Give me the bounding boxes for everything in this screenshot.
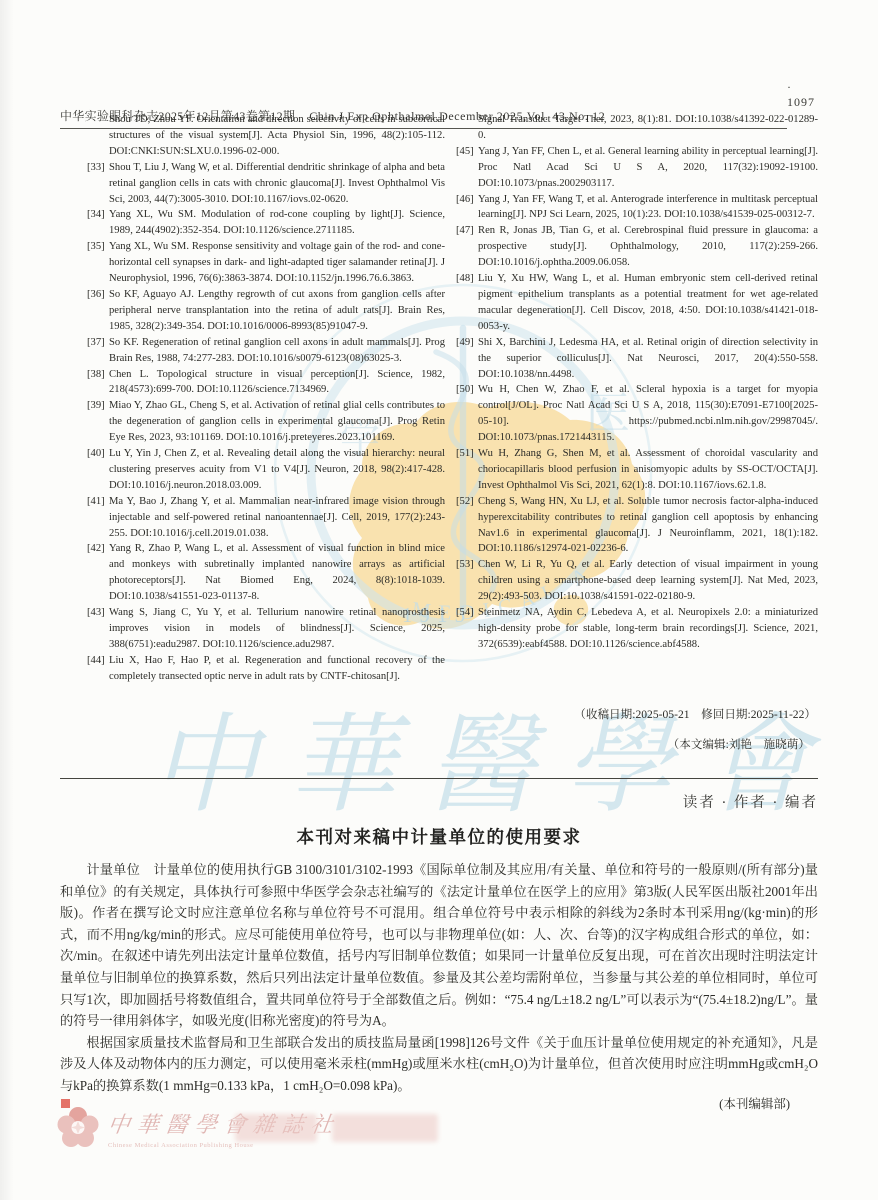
reference-item: [53]Chen W, Li R, Yu Q, et al. Early det…: [456, 557, 818, 605]
received-revised-dates: （收稿日期:2025-05-21 修回日期:2025-11-22）: [456, 706, 818, 722]
scan-edge-shadow: [0, 0, 14, 1200]
reference-item: Shou TD, Zhou YF. Orientation and direct…: [87, 112, 445, 160]
reference-text: Liu Y, Xu HW, Wang L, et al. Human embry…: [478, 273, 818, 332]
notice-section: 读者 · 作者 · 编者 本刊对来稿中计量单位的使用要求 计量单位 计量单位的使…: [60, 778, 818, 1097]
reference-item: [50]Wu H, Chen W, Zhao F, et al. Scleral…: [456, 382, 818, 446]
publisher-name-en: Chinese Medical Association Publishing H…: [108, 1142, 340, 1149]
reference-item: [46]Yang J, Yan FF, Wang T, et al. Anter…: [456, 192, 818, 224]
reference-item: [44]Liu X, Hao F, Hao P, et al. Regenera…: [87, 653, 445, 685]
reference-label: [42]: [87, 541, 109, 557]
reference-text: Liu X, Hao F, Hao P, et al. Regeneration…: [109, 655, 445, 682]
reference-label: [38]: [87, 367, 109, 383]
reference-text: Yang R, Zhao P, Wang L, et al. Assessmen…: [109, 543, 445, 602]
reference-item: [45]Yang J, Yan FF, Chen L, et al. Gener…: [456, 144, 818, 192]
reference-item: [37]So KF. Regeneration of retinal gangl…: [87, 335, 445, 367]
reference-item: [49]Shi X, Barchini J, Ledesma HA, et al…: [456, 335, 818, 383]
reference-text: Ma Y, Bao J, Zhang Y, et al. Mammalian n…: [109, 496, 445, 539]
references-column-right: Signal Transduct Target Ther, 2023, 8(1)…: [456, 112, 818, 653]
reference-text: So KF. Regeneration of retinal ganglion …: [109, 337, 445, 364]
reference-text: Chen W, Li R, Yu Q, et al. Early detecti…: [478, 559, 818, 602]
references-column-left: Shou TD, Zhou YF. Orientation and direct…: [87, 112, 445, 685]
reference-label: [54]: [456, 605, 478, 621]
reference-label: [37]: [87, 335, 109, 351]
reference-label: [39]: [87, 398, 109, 414]
section-label: 读者 · 作者 · 编者: [60, 791, 818, 812]
reference-text: Wang S, Jiang C, Yu Y, et al. Tellurium …: [109, 607, 445, 650]
reference-label: [49]: [456, 335, 478, 351]
reference-label: [53]: [456, 557, 478, 573]
reference-label: [34]: [87, 207, 109, 223]
reference-text: Shi X, Barchini J, Ledesma HA, et al. Re…: [478, 337, 818, 380]
reference-item: [41]Ma Y, Bao J, Zhang Y, et al. Mammali…: [87, 494, 445, 542]
reference-label: [51]: [456, 446, 478, 462]
reference-item: [52]Cheng S, Wang HN, Xu LJ, et al. Solu…: [456, 494, 818, 558]
reference-label: [48]: [456, 271, 478, 287]
reference-text: Cheng S, Wang HN, Xu LJ, et al. Soluble …: [478, 496, 818, 555]
notice-paragraph-2: 根据国家质量技术监督局和卫生部联合发出的质技监局量函[1998]126号文件《关…: [60, 1032, 818, 1097]
reference-item: [51]Wu H, Zhang G, Shen M, et al. Assess…: [456, 446, 818, 494]
reference-text: Shou T, Liu J, Wang W, et al. Differenti…: [109, 162, 445, 205]
reference-label: [43]: [87, 605, 109, 621]
reference-item: [34]Yang XL, Wu SM. Modulation of rod-co…: [87, 207, 445, 239]
reference-text: Yang XL, Wu SM. Modulation of rod-cone c…: [109, 209, 445, 236]
reference-label: [40]: [87, 446, 109, 462]
reference-text: Signal Transduct Target Ther, 2023, 8(1)…: [478, 114, 818, 141]
journal-page: 学 医 1915 MEDICAL A 中華醫學會 中华实验眼科杂志2025年12…: [0, 0, 878, 1200]
reference-item: [38]Chen L. Topological structure in vis…: [87, 367, 445, 399]
reference-label: [46]: [456, 192, 478, 208]
reference-item: [33]Shou T, Liu J, Wang W, et al. Differ…: [87, 160, 445, 208]
reference-label: [33]: [87, 160, 109, 176]
plum-blossom-logo-icon: [56, 1106, 100, 1152]
reference-item: [40]Lu Y, Yin J, Chen Z, et al. Revealin…: [87, 446, 445, 494]
reference-item: [39]Miao Y, Zhao GL, Cheng S, et al. Act…: [87, 398, 445, 446]
reference-label: [35]: [87, 239, 109, 255]
reference-text: Chen L. Topological structure in visual …: [109, 369, 445, 396]
reference-text: So KF, Aguayo AJ. Lengthy regrowth of cu…: [109, 289, 445, 332]
reference-text: Steinmetz NA, Aydin C, Lebedeva A, et al…: [478, 607, 818, 650]
reference-item: [47]Ren R, Jonas JB, Tian G, et al. Cere…: [456, 223, 818, 271]
reference-text: Yang XL, Wu SM. Response sensitivity and…: [109, 241, 445, 284]
reference-item: [35]Yang XL, Wu SM. Response sensitivity…: [87, 239, 445, 287]
reference-label: [52]: [456, 494, 478, 510]
faint-watermark-block: [332, 1114, 438, 1142]
reference-text: Wu H, Chen W, Zhao F, et al. Scleral hyp…: [478, 384, 818, 443]
reference-text: Yang J, Yan FF, Chen L, et al. General l…: [478, 146, 818, 189]
reference-text: Ren R, Jonas JB, Tian G, et al. Cerebros…: [478, 225, 818, 268]
reference-item: [48]Liu Y, Xu HW, Wang L, et al. Human e…: [456, 271, 818, 335]
reference-text: Yang J, Yan FF, Wang T, et al. Anterogra…: [478, 194, 818, 221]
reference-item: [54]Steinmetz NA, Aydin C, Lebedeva A, e…: [456, 605, 818, 653]
reference-item: [36]So KF, Aguayo AJ. Lengthy regrowth o…: [87, 287, 445, 335]
reference-text: Wu H, Zhang G, Shen M, et al. Assessment…: [478, 448, 818, 491]
reference-text: Shou TD, Zhou YF. Orientation and direct…: [109, 114, 445, 157]
reference-text: Lu Y, Yin J, Chen Z, et al. Revealing de…: [109, 448, 445, 491]
reference-item: Signal Transduct Target Ther, 2023, 8(1)…: [456, 112, 818, 144]
reference-label: [41]: [87, 494, 109, 510]
notice-title: 本刊对来稿中计量单位的使用要求: [60, 824, 818, 849]
reference-item: [42]Yang R, Zhao P, Wang L, et al. Asses…: [87, 541, 445, 605]
notice-signoff: (本刊编辑部): [60, 1094, 818, 1112]
notice-body: 计量单位 计量单位的使用执行GB 3100/3101/3102-1993《国际单…: [60, 859, 818, 1097]
reference-label: [50]: [456, 382, 478, 398]
reference-label: [44]: [87, 653, 109, 669]
faint-watermark-block: [235, 1114, 317, 1142]
reference-label: [36]: [87, 287, 109, 303]
reference-label: [45]: [456, 144, 478, 160]
reference-text: Miao Y, Zhao GL, Cheng S, et al. Activat…: [109, 400, 445, 443]
article-editors: （本文编辑:刘艳 施晓萌）: [456, 736, 818, 752]
reference-label: [47]: [456, 223, 478, 239]
notice-paragraph-1: 计量单位 计量单位的使用执行GB 3100/3101/3102-1993《国际单…: [60, 859, 818, 1032]
reference-item: [43]Wang S, Jiang C, Yu Y, et al. Tellur…: [87, 605, 445, 653]
